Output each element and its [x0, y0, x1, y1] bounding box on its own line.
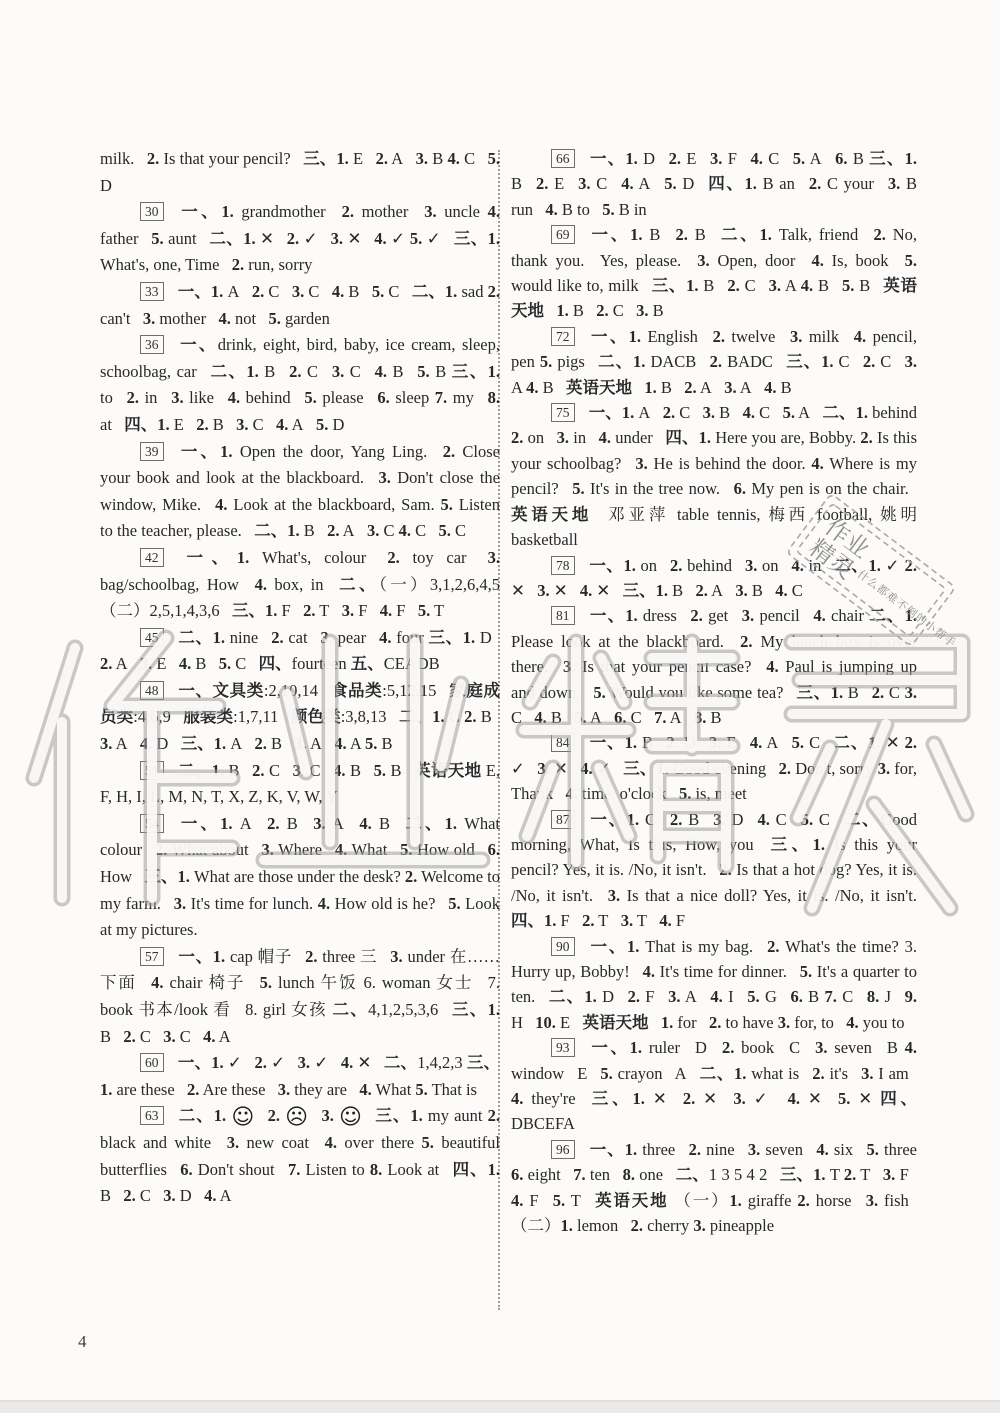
answer-key-label: 2. [719, 860, 731, 879]
answer-key-label: 2. [100, 654, 112, 673]
answer-key-label: 英语天地 [511, 505, 592, 524]
answer-key-label: 4. [750, 733, 762, 752]
answer-key-label: 3. [298, 1053, 310, 1072]
answer-key-label: 2. [709, 1013, 721, 1032]
answer-key-label: 4. [380, 601, 392, 620]
answer-book-page: milk. 2. Is that your pencil? 三、1. E 2. … [0, 0, 1000, 1402]
answer-key-label: 2. [684, 378, 696, 397]
section-number-badge: 57 [140, 947, 164, 966]
answer-key-label: 6. [377, 388, 389, 407]
answer-key-label: 2. [670, 810, 682, 829]
answer-key-label: 1. [729, 1191, 741, 1210]
answer-key-label: 二、1. [700, 1064, 747, 1083]
answer-key-label: 四、1. [124, 415, 169, 434]
section-number-badge: 72 [551, 327, 575, 346]
answer-key-label: 4. [335, 840, 347, 859]
answer-key-label: 三、1. [181, 734, 226, 753]
answer-section-90: 90 一、1. That is my bag. 2. What's the ti… [511, 934, 917, 1036]
answer-key-label: 2. [860, 428, 872, 447]
answer-key-label: 2. [287, 229, 299, 248]
answer-key-label: 2. [123, 1027, 135, 1046]
answer-key-label: 2. [696, 581, 708, 600]
answer-key-label: 8. [623, 1165, 635, 1184]
answer-key-label: 7. [825, 987, 837, 1006]
answer-key-label: 4. [580, 581, 592, 600]
answer-key-label: 一、1. [589, 810, 639, 829]
answer-key-label: 2. [710, 352, 722, 371]
answer-key-label: 3. [557, 428, 569, 447]
answer-key-label: 3. [416, 149, 428, 168]
answer-key-label: 4. [140, 734, 152, 753]
answer-key-label: 二、1. [178, 1106, 226, 1125]
answer-key-label: 2. [488, 1106, 500, 1125]
answer-key-label: 4. [334, 734, 346, 753]
answer-key-label: 2. [196, 415, 208, 434]
answer-key-label: 4. [775, 581, 787, 600]
answer-key-label: 4. [511, 1089, 523, 1108]
answer-key-label: 8. [694, 708, 706, 727]
answer-key-label: 4. [599, 428, 611, 447]
answer-key-label: 3. [578, 174, 590, 193]
answer-section-84: 84 一、1. B 2. D 3. E 4. A 5. C 二、1. ✕ 2. … [511, 730, 917, 806]
answer-key-label: 二、1. [834, 556, 881, 575]
answer-key-label: 5. [783, 403, 795, 422]
answer-key-label: 3. [331, 229, 343, 248]
answer-key-label: 2. [905, 733, 917, 752]
answer-key-label: 4. [276, 415, 288, 434]
answer-key-label: 4. [379, 628, 391, 647]
answer-section-69: 69 一、1. B 2. B 二、1. Talk, friend 2. No, … [511, 222, 917, 324]
answer-key-label: 4. [448, 149, 460, 168]
answer-key-label: 8. [488, 388, 500, 407]
answer-key-label: 2. [305, 947, 317, 966]
answer-key-label: 5. [572, 479, 584, 498]
answer-key-label: 二、1. [209, 229, 255, 248]
answer-key-label: 三、1. [780, 1165, 826, 1184]
answer-key-label: 2. [254, 734, 266, 753]
answer-key-label: 4. [399, 521, 411, 540]
answer-key-label: 2. [844, 1165, 856, 1184]
answer-key-label: 2. [127, 388, 139, 407]
answer-key-label: 3. [140, 654, 152, 673]
answer-key-label: 2. [232, 255, 244, 274]
answer-key-label: 5. [415, 1080, 427, 1099]
answer-key-label: 8. [867, 987, 879, 1006]
answer-key-label: 1. [661, 1013, 673, 1032]
answer-key-label: 一、1. [589, 1038, 642, 1057]
answer-key-label: 5. [316, 415, 328, 434]
answer-key-label: 4. [359, 814, 371, 833]
answer-section-96: 96 一、1. three 2. nine 3. seven 4. six 5.… [511, 1137, 917, 1239]
answer-section-66: 66 一、1. D 2. E 3. F 4. C 5. A 6. B 三、1. … [511, 146, 917, 222]
answer-key-label: 4. [333, 761, 345, 780]
answer-key-label: 5. [793, 149, 805, 168]
answer-key-label: 3. [537, 759, 549, 778]
answer-key-label: 1. [644, 378, 656, 397]
answer-key-label: 二、 [676, 1165, 709, 1184]
answer-key-label: 3. [883, 1165, 895, 1184]
answer-section-87: 87 一、1. C 2. B 3. D 4. C 5. C 二、Good mor… [511, 807, 917, 934]
answer-key-label: 3. [379, 468, 391, 487]
answer-key-label: 三、1. [232, 601, 277, 620]
answer-key-label: 4. [359, 1080, 371, 1099]
answer-section-51: 51 二、1. B 2. C 3. C 4. B 5. B 英语天地 E, F,… [100, 758, 500, 811]
answer-key-label: 二、1. [823, 403, 868, 422]
answer-key-label: 一、1. [589, 733, 637, 752]
answer-key-label: 8. [370, 1160, 382, 1179]
answer-key-label: 3. [292, 282, 304, 301]
answer-key-label: 5. [304, 388, 316, 407]
left-column: milk. 2. Is that your pencil? 三、1. E 2. … [100, 146, 500, 1210]
answer-key-label: 4. [621, 174, 633, 193]
answer-key-label: 2. [873, 225, 885, 244]
answer-section-48: 48 一、文具类:2,10,14 食品类:5,12,15 家庭成员类:4,6,9… [100, 678, 500, 758]
answer-key-label: 英语天地 [511, 276, 917, 320]
answer-key-label: 3. [724, 378, 736, 397]
answer-key-label: 4. [816, 1140, 828, 1159]
section-number-badge: 45 [140, 628, 164, 647]
answer-key-label: 二、1. [598, 352, 645, 371]
answer-key-label: 4. [801, 276, 813, 295]
answer-key-label: 5. [151, 229, 163, 248]
answer-key-label: 5. [422, 1133, 434, 1152]
answer-key-label: 5. [553, 1191, 565, 1210]
answer-key-label: 二、1. [178, 628, 225, 647]
section-number-badge: 48 [140, 681, 164, 700]
answer-key-label: 2. [740, 632, 752, 651]
answer-key-label: 4. [179, 654, 191, 673]
answer-key-label: 5. [410, 229, 422, 248]
answer-key-label: 2. [464, 707, 476, 726]
answer-key-label: 一、1. [178, 947, 225, 966]
answer-key-label: 二、1. [833, 733, 880, 752]
section-number-badge: 87 [551, 810, 575, 829]
answer-key-label: 三、1. [869, 149, 917, 168]
answer-key-label: 2. [147, 149, 159, 168]
answer-key-label: 3. [537, 581, 549, 600]
answer-key-label: 5. [219, 654, 231, 673]
section-number-badge: 54 [140, 814, 164, 833]
answer-key-label: 3. [293, 761, 305, 780]
answer-section-45: 45 二、1. nine 2. cat 3. pear 4. four 三、1.… [100, 625, 500, 678]
answer-key-label: 3. [100, 734, 112, 753]
answer-key-label: 英语天地 [595, 1191, 668, 1210]
answer-key-label: 4. [766, 657, 778, 676]
answer-key-label: 4. [854, 327, 866, 346]
answer-key-label: 4. [218, 309, 230, 328]
answer-key-label: 三、1. [592, 1089, 645, 1108]
section-number-badge: 93 [551, 1038, 575, 1057]
answer-key-label: 3. [710, 149, 722, 168]
answer-key-label: 2. [812, 1064, 824, 1083]
right-column: 66 一、1. D 2. E 3. F 4. C 5. A 6. B 三、1. … [511, 146, 917, 1238]
answer-key-label: 一、1. [589, 403, 634, 422]
answer-key-label: 三、1. [452, 1000, 500, 1019]
answer-key-label: 三、1. [375, 1106, 422, 1125]
answer-key-label: 2. [666, 733, 678, 752]
sad-face-icon: ☹ [285, 1105, 308, 1130]
answer-key-label: 4. [811, 251, 823, 270]
answer-key-label: 二、1. [869, 606, 917, 625]
answer-key-label: 5. [260, 973, 272, 992]
answer-key-label: 3. [342, 601, 354, 620]
answer-key-label: 4. [813, 606, 825, 625]
section-number-badge: 78 [551, 556, 575, 575]
section-number-badge: 51 [140, 761, 164, 780]
answer-key-label: 3. [735, 581, 747, 600]
answer-section-60: 60 一、1. ✓ 2. ✓ 3. ✓ 4. ✕ 二、1,4,2,3 三、1. … [100, 1050, 500, 1103]
answer-key-label: 3. [313, 814, 325, 833]
answer-key-label: 2. [511, 428, 523, 447]
answer-key-label: 二、1. [412, 282, 457, 301]
answer-key-label: 3. [905, 352, 917, 371]
answer-key-label: 3. [635, 454, 647, 473]
answer-key-label: 3. [367, 521, 379, 540]
answer-key-label: 3. [866, 1191, 878, 1210]
answer-key-label: 3. [778, 1013, 790, 1032]
answer-key-label: 2. [155, 840, 167, 859]
section-number-badge: 84 [551, 733, 575, 752]
answer-key-label: 3. [703, 403, 715, 422]
answer-key-label: 2. [376, 149, 388, 168]
answer-key-label: 4. [374, 229, 386, 248]
answer-key-label: 三、1. [786, 352, 833, 371]
answer-key-label: 2. [303, 601, 315, 620]
answer-section-72: 72 一、1. English 2. twelve 3. milk 4. pen… [511, 324, 917, 400]
answer-key-label: 2. [767, 937, 779, 956]
answer-key-label: 2. [797, 1191, 809, 1210]
section-number-badge: 36 [140, 335, 164, 354]
answer-key-label: 一、1. [589, 149, 638, 168]
answer-key-label: 2. [670, 556, 682, 575]
answer-key-label: 3. [733, 1089, 745, 1108]
answer-key-label: 三、1. [428, 628, 475, 647]
answer-key-label: 1. [561, 1216, 573, 1235]
answer-key-label: 服装类 [183, 707, 233, 726]
answer-key-label: 2. [669, 149, 681, 168]
answer-key-label: 4. [511, 1191, 523, 1210]
answer-key-label: 5. [838, 1089, 850, 1108]
answer-key-label: 2. [387, 548, 399, 567]
answer-key-label: 3. [171, 388, 183, 407]
answer-key-label: 3. [488, 548, 500, 567]
answer-key-label: 三、1. [452, 362, 500, 381]
answer-key-label: 5. [439, 521, 451, 540]
answer-key-label: 3. [697, 251, 709, 270]
answer-key-label: 2. [631, 1216, 643, 1235]
answer-key-label: 2. [689, 1140, 701, 1159]
answer-key-label: 5. [602, 200, 614, 219]
answer-key-label: 3. [332, 362, 344, 381]
answer-key-label: 4. [375, 362, 387, 381]
answer-key-label: 2. [488, 282, 500, 301]
answer-key-label: 3. [905, 683, 917, 702]
answer-key-label: 7. [573, 1165, 585, 1184]
answer-key-label: 2. [690, 606, 702, 625]
answer-key-label: 2. [123, 1186, 135, 1205]
section-number-badge: 42 [140, 548, 164, 567]
answer-key-label: 4. [566, 784, 578, 803]
answer-key-label: 4. [791, 556, 803, 575]
answer-key-label: 三、1. [454, 229, 500, 248]
section-number-badge: 39 [140, 442, 164, 461]
answer-key-label: 7. [435, 388, 447, 407]
answer-key-label: 5. [540, 352, 552, 371]
answer-key-label: 一、1. [589, 327, 641, 346]
answer-key-label: 四、1. [511, 911, 556, 930]
section-number-badge: 33 [140, 282, 164, 301]
answer-key-label: 5. [574, 708, 586, 727]
answer-key-label: 二、 [339, 575, 379, 594]
answer-key-label: 5. [664, 174, 676, 193]
answer-section-36: 36 一、drink, eight, bird, baby, ice cream… [100, 332, 500, 438]
answer-section-75: 75 一、1. A 2. C 3. B 4. C 5. A 二、1. behin… [511, 400, 917, 552]
answer-key-label: 4. [534, 708, 546, 727]
answer-key-label: 5. [365, 734, 377, 753]
answer-key-label: 3. [608, 886, 620, 905]
answer-key-label: 英语天地 [566, 378, 632, 397]
answer-section-continued: milk. 2. Is that your pencil? 三、1. E 2. … [100, 146, 500, 199]
answer-key-label: 2. [683, 1089, 695, 1108]
answer-key-label: 一、1. [589, 556, 636, 575]
answer-key-label: 一、1. [178, 1053, 224, 1072]
answer-key-label: 三、1. [623, 581, 668, 600]
section-number-badge: 96 [551, 1140, 575, 1159]
answer-key-label: 三、1. [652, 276, 699, 295]
answer-key-label: 4. [750, 149, 762, 168]
answer-key-label: 5. [747, 987, 759, 1006]
answer-key-label: 一、1. [178, 202, 234, 221]
answer-key-label: 2. [727, 276, 739, 295]
answer-key-label: 3. [861, 1064, 873, 1083]
answer-key-label: 4. [905, 1038, 917, 1057]
smiley-face-icon: ☺ [339, 1105, 362, 1130]
answer-key-label: 3. [815, 1038, 827, 1057]
answer-key-label: 一、 [178, 335, 218, 354]
answer-key-label: 2. [187, 1080, 199, 1099]
answer-key-label: 4. [526, 378, 538, 397]
answer-key-label: 2. [252, 282, 264, 301]
answer-key-label: 5. [867, 1140, 879, 1159]
answer-key-label: 5. [600, 1064, 612, 1083]
answer-key-label: 6. [511, 1165, 523, 1184]
answer-key-label: 5. [268, 309, 280, 328]
answer-section-54: 54 一、1. A 2. B 3. A 4. B 二、1. What colou… [100, 811, 500, 944]
answer-key-label: 2. [872, 683, 884, 702]
answer-key-label: 颜色类 [291, 707, 341, 726]
answer-key-label: 5. [374, 761, 386, 780]
answer-key-label: 3. [163, 1027, 175, 1046]
answer-key-label: 3. [621, 911, 633, 930]
answer-key-label: 5. [905, 251, 917, 270]
answer-key-label: 7. [288, 1160, 300, 1179]
answer-key-label: 2. [443, 442, 455, 461]
answer-key-label: 四、 [259, 654, 292, 673]
answer-key-label: 2. [254, 1053, 266, 1072]
answer-key-label: 3. [742, 606, 754, 625]
answer-key-label: 4. [545, 200, 557, 219]
answer-key-label: 2. [596, 301, 608, 320]
answer-key-label: 3. [713, 810, 725, 829]
answer-key-label: 4. [204, 1186, 216, 1205]
section-number-badge: 66 [551, 149, 575, 168]
answer-key-label: 6. [180, 1160, 192, 1179]
answer-key-label: 四、 [880, 1089, 917, 1108]
smiley-face-icon: ☺ [231, 1105, 254, 1130]
answer-key-label: 一、文具类 [178, 681, 264, 700]
answer-key-label: 4. [788, 1089, 800, 1108]
answer-key-label: 3. [321, 628, 333, 647]
answer-key-label: 2. [405, 867, 417, 886]
answer-key-label: 3. [693, 1216, 705, 1235]
answer-key-label: 5. [418, 601, 430, 620]
answer-key-label: 6. [488, 840, 500, 859]
answer-key-label: 4. [643, 962, 655, 981]
answer-section-81: 81 一、1. dress 2. get 3. pencil 4. chair … [511, 603, 917, 730]
answer-key-label: 3. [236, 415, 248, 434]
answer-key-label: 3. [888, 174, 900, 193]
answer-section-33: 33 一、1. A 2. C 3. C 4. B 5. C 二、1. sad 2… [100, 279, 500, 332]
section-number-badge: 81 [551, 606, 575, 625]
answer-key-label: 三、1. [144, 867, 189, 886]
answer-key-label: 四、1. [665, 428, 711, 447]
answer-section-93: 93 一、1. ruler D 2. book C 3. seven B 4. … [511, 1035, 917, 1137]
answer-key-label: 3. [321, 1106, 333, 1125]
answer-key-label: 5. [488, 149, 500, 168]
answer-key-label: 1. [556, 301, 568, 320]
answer-key-label: 一、1. [589, 225, 643, 244]
answer-key-label: 4. [743, 403, 755, 422]
answer-key-label: 2. [582, 911, 594, 930]
answer-section-42: 42 一、1. What's, colour 2. toy car 3. bag… [100, 545, 500, 625]
answer-key-label: 一、1. [589, 937, 640, 956]
answer-key-label: 二、 [332, 1000, 368, 1019]
answer-key-label: 二、1. [549, 987, 597, 1006]
answer-key-label: 4. [341, 1053, 353, 1072]
answer-key-label: 三、1. [303, 149, 349, 168]
answer-key-label: 2. [713, 327, 725, 346]
answer-key-label: 一、1. [589, 606, 638, 625]
answer-key-label: 二、 [844, 810, 880, 829]
answer-key-label: 一、1. [178, 548, 249, 567]
answer-key-label: 4. [151, 973, 163, 992]
answer-key-label: 4. [488, 202, 500, 221]
answer-key-label: 3. [563, 657, 575, 676]
answer-key-label: 6. [734, 479, 746, 498]
answer-key-label: 一、1. [178, 282, 224, 301]
answer-key-label: 三、1. [796, 683, 843, 702]
answer-key-label: 3. [278, 1080, 290, 1099]
answer-key-label: 2. [863, 352, 875, 371]
answer-key-label: 2. [267, 814, 279, 833]
answer-key-label: 二、1. [399, 707, 445, 726]
answer-key-label: 5. [593, 683, 605, 702]
answer-key-label: 五、 [351, 654, 384, 673]
section-number-badge: 63 [140, 1106, 164, 1125]
answer-key-label: 二、1. [178, 761, 224, 780]
answer-key-label: 4. [318, 894, 330, 913]
answer-key-label: 3. [390, 947, 402, 966]
answer-key-label: 二、 [384, 1053, 417, 1072]
answer-key-label: 食品类 [331, 681, 382, 700]
answer-key-label: 4. [215, 495, 227, 514]
answer-key-label: 4. [332, 282, 344, 301]
answer-key-label: 9. [905, 987, 917, 1006]
answer-key-label: 3. [745, 556, 757, 575]
answer-key-label: 5. [679, 784, 691, 803]
answer-key-label: 4. [203, 1027, 215, 1046]
section-number-badge: 90 [551, 937, 575, 956]
